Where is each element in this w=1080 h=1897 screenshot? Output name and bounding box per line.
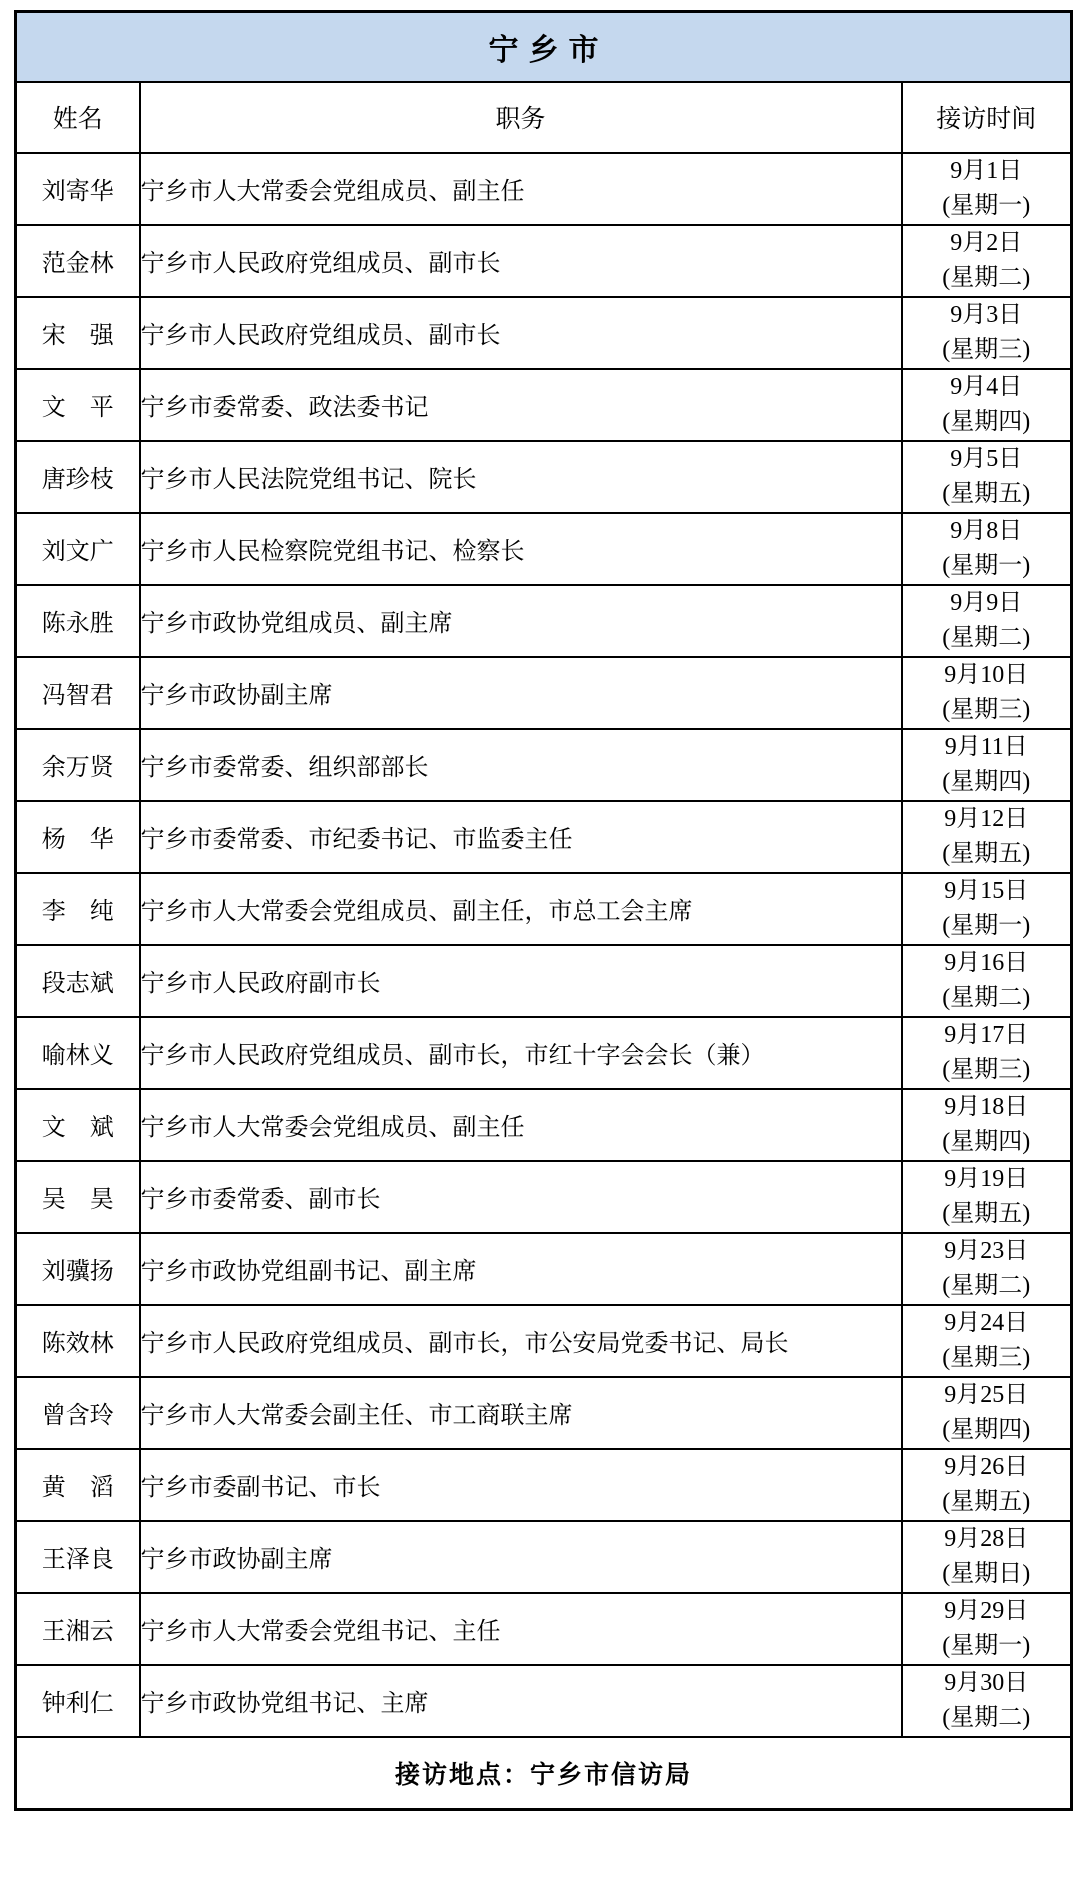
reception-date: 9月9日 <box>903 586 1071 621</box>
person-position: 宁乡市委常委、政法委书记 <box>140 369 902 441</box>
table-row: 文 平 宁乡市委常委、政法委书记 9月4日 (星期四) <box>16 369 1072 441</box>
table-row: 吴 昊 宁乡市委常委、副市长 9月19日 (星期五) <box>16 1161 1072 1233</box>
reception-weekday: (星期一) <box>903 909 1071 944</box>
reception-date: 9月11日 <box>903 730 1071 765</box>
person-name: 文 平 <box>16 369 140 441</box>
reception-weekday: (星期三) <box>903 1053 1071 1088</box>
person-name: 喻林义 <box>16 1017 140 1089</box>
reception-time: 9月3日 (星期三) <box>902 297 1072 369</box>
table-row: 陈效林 宁乡市人民政府党组成员、副市长，市公安局党委书记、局长 9月24日 (星… <box>16 1305 1072 1377</box>
table-row: 段志斌 宁乡市人民政府副市长 9月16日 (星期二) <box>16 945 1072 1017</box>
person-position: 宁乡市人民政府党组成员、副市长，市公安局党委书记、局长 <box>140 1305 902 1377</box>
reception-time: 9月15日 (星期一) <box>902 873 1072 945</box>
column-header-row: 姓名 职务 接访时间 <box>16 82 1072 153</box>
reception-date: 9月18日 <box>903 1090 1071 1125</box>
table-row: 宋 强 宁乡市人民政府党组成员、副市长 9月3日 (星期三) <box>16 297 1072 369</box>
reception-weekday: (星期三) <box>903 693 1071 728</box>
person-position: 宁乡市人民法院党组书记、院长 <box>140 441 902 513</box>
person-name: 陈效林 <box>16 1305 140 1377</box>
person-name: 曾含玲 <box>16 1377 140 1449</box>
reception-date: 9月5日 <box>903 442 1071 477</box>
table-row: 唐珍枝 宁乡市人民法院党组书记、院长 9月5日 (星期五) <box>16 441 1072 513</box>
reception-date: 9月23日 <box>903 1234 1071 1269</box>
reception-weekday: (星期二) <box>903 1701 1071 1736</box>
reception-time: 9月24日 (星期三) <box>902 1305 1072 1377</box>
table-row: 刘骥扬 宁乡市政协党组副书记、副主席 9月23日 (星期二) <box>16 1233 1072 1305</box>
person-name: 钟利仁 <box>16 1665 140 1737</box>
reception-weekday: (星期一) <box>903 1629 1071 1664</box>
person-position: 宁乡市政协党组书记、主席 <box>140 1665 902 1737</box>
reception-time: 9月5日 (星期五) <box>902 441 1072 513</box>
reception-date: 9月29日 <box>903 1594 1071 1629</box>
table-row: 文 斌 宁乡市人大常委会党组成员、副主任 9月18日 (星期四) <box>16 1089 1072 1161</box>
person-position: 宁乡市人大常委会副主任、市工商联主席 <box>140 1377 902 1449</box>
reception-date: 9月15日 <box>903 874 1071 909</box>
person-name: 黄 滔 <box>16 1449 140 1521</box>
table-row: 喻林义 宁乡市人民政府党组成员、副市长，市红十字会会长（兼） 9月17日 (星期… <box>16 1017 1072 1089</box>
reception-location: 接访地点：宁乡市信访局 <box>16 1737 1072 1810</box>
reception-time: 9月18日 (星期四) <box>902 1089 1072 1161</box>
person-position: 宁乡市人民政府副市长 <box>140 945 902 1017</box>
person-name: 宋 强 <box>16 297 140 369</box>
table-row: 李 纯 宁乡市人大常委会党组成员、副主任，市总工会主席 9月15日 (星期一) <box>16 873 1072 945</box>
person-position: 宁乡市政协党组成员、副主席 <box>140 585 902 657</box>
reception-time: 9月17日 (星期三) <box>902 1017 1072 1089</box>
reception-weekday: (星期一) <box>903 189 1071 224</box>
reception-date: 9月12日 <box>903 802 1071 837</box>
person-name: 王泽良 <box>16 1521 140 1593</box>
person-position: 宁乡市人大常委会党组成员、副主任 <box>140 1089 902 1161</box>
person-position: 宁乡市人民政府党组成员、副市长 <box>140 225 902 297</box>
reception-weekday: (星期四) <box>903 1413 1071 1448</box>
person-name: 吴 昊 <box>16 1161 140 1233</box>
person-position: 宁乡市政协党组副书记、副主席 <box>140 1233 902 1305</box>
person-name: 唐珍枝 <box>16 441 140 513</box>
person-name: 刘骥扬 <box>16 1233 140 1305</box>
reception-weekday: (星期四) <box>903 1125 1071 1160</box>
person-position: 宁乡市政协副主席 <box>140 1521 902 1593</box>
reception-date: 9月25日 <box>903 1378 1071 1413</box>
reception-date: 9月3日 <box>903 298 1071 333</box>
person-name: 冯智君 <box>16 657 140 729</box>
reception-time: 9月1日 (星期一) <box>902 153 1072 225</box>
table-row: 王泽良 宁乡市政协副主席 9月28日 (星期日) <box>16 1521 1072 1593</box>
table-row: 钟利仁 宁乡市政协党组书记、主席 9月30日 (星期二) <box>16 1665 1072 1737</box>
person-position: 宁乡市委常委、副市长 <box>140 1161 902 1233</box>
person-position: 宁乡市委副书记、市长 <box>140 1449 902 1521</box>
table-row: 刘寄华 宁乡市人大常委会党组成员、副主任 9月1日 (星期一) <box>16 153 1072 225</box>
reception-time: 9月25日 (星期四) <box>902 1377 1072 1449</box>
reception-weekday: (星期五) <box>903 1197 1071 1232</box>
table-row: 王湘云 宁乡市人大常委会党组书记、主任 9月29日 (星期一) <box>16 1593 1072 1665</box>
person-name: 段志斌 <box>16 945 140 1017</box>
reception-weekday: (星期二) <box>903 1269 1071 1304</box>
reception-date: 9月10日 <box>903 658 1071 693</box>
table-row: 杨 华 宁乡市委常委、市纪委书记、市监委主任 9月12日 (星期五) <box>16 801 1072 873</box>
footer-row: 接访地点：宁乡市信访局 <box>16 1737 1072 1810</box>
table-row: 刘文广 宁乡市人民检察院党组书记、检察长 9月8日 (星期一) <box>16 513 1072 585</box>
reception-date: 9月8日 <box>903 514 1071 549</box>
reception-time: 9月19日 (星期五) <box>902 1161 1072 1233</box>
person-name: 范金林 <box>16 225 140 297</box>
reception-time: 9月10日 (星期三) <box>902 657 1072 729</box>
person-position: 宁乡市人大常委会党组成员、副主任 <box>140 153 902 225</box>
reception-time: 9月8日 (星期一) <box>902 513 1072 585</box>
person-name: 刘寄华 <box>16 153 140 225</box>
reception-weekday: (星期三) <box>903 1341 1071 1376</box>
reception-date: 9月24日 <box>903 1306 1071 1341</box>
reception-date: 9月1日 <box>903 154 1071 189</box>
reception-weekday: (星期五) <box>903 477 1071 512</box>
reception-date: 9月19日 <box>903 1162 1071 1197</box>
person-name: 杨 华 <box>16 801 140 873</box>
reception-date: 9月4日 <box>903 370 1071 405</box>
table-row: 陈永胜 宁乡市政协党组成员、副主席 9月9日 (星期二) <box>16 585 1072 657</box>
city-title: 宁乡市 <box>16 12 1072 82</box>
reception-date: 9月2日 <box>903 226 1071 261</box>
reception-time: 9月12日 (星期五) <box>902 801 1072 873</box>
person-position: 宁乡市政协副主席 <box>140 657 902 729</box>
table-body: 刘寄华 宁乡市人大常委会党组成员、副主任 9月1日 (星期一) 范金林 宁乡市人… <box>16 153 1072 1737</box>
reception-weekday: (星期二) <box>903 261 1071 296</box>
person-name: 文 斌 <box>16 1089 140 1161</box>
person-position: 宁乡市人民政府党组成员、副市长，市红十字会会长（兼） <box>140 1017 902 1089</box>
reception-weekday: (星期五) <box>903 1485 1071 1520</box>
reception-date: 9月28日 <box>903 1522 1071 1557</box>
reception-time: 9月11日 (星期四) <box>902 729 1072 801</box>
table-row: 余万贤 宁乡市委常委、组织部部长 9月11日 (星期四) <box>16 729 1072 801</box>
reception-weekday: (星期五) <box>903 837 1071 872</box>
reception-date: 9月26日 <box>903 1450 1071 1485</box>
reception-time: 9月26日 (星期五) <box>902 1449 1072 1521</box>
reception-weekday: (星期四) <box>903 765 1071 800</box>
column-header-time: 接访时间 <box>902 82 1072 153</box>
reception-time: 9月9日 (星期二) <box>902 585 1072 657</box>
column-header-name: 姓名 <box>16 82 140 153</box>
reception-date: 9月17日 <box>903 1018 1071 1053</box>
person-position: 宁乡市人大常委会党组书记、主任 <box>140 1593 902 1665</box>
reception-weekday: (星期二) <box>903 621 1071 656</box>
reception-time: 9月4日 (星期四) <box>902 369 1072 441</box>
person-name: 王湘云 <box>16 1593 140 1665</box>
reception-time: 9月29日 (星期一) <box>902 1593 1072 1665</box>
reception-time: 9月28日 (星期日) <box>902 1521 1072 1593</box>
reception-weekday: (星期日) <box>903 1557 1071 1592</box>
column-header-position: 职务 <box>140 82 902 153</box>
reception-time: 9月16日 (星期二) <box>902 945 1072 1017</box>
reception-time: 9月23日 (星期二) <box>902 1233 1072 1305</box>
title-row: 宁乡市 <box>16 12 1072 82</box>
person-position: 宁乡市委常委、市纪委书记、市监委主任 <box>140 801 902 873</box>
reception-date: 9月30日 <box>903 1666 1071 1701</box>
reception-schedule-table: 宁乡市 姓名 职务 接访时间 刘寄华 宁乡市人大常委会党组成员、副主任 9月1日… <box>14 10 1073 1811</box>
person-position: 宁乡市人民检察院党组书记、检察长 <box>140 513 902 585</box>
person-name: 余万贤 <box>16 729 140 801</box>
person-position: 宁乡市人大常委会党组成员、副主任，市总工会主席 <box>140 873 902 945</box>
reception-time: 9月2日 (星期二) <box>902 225 1072 297</box>
table-row: 曾含玲 宁乡市人大常委会副主任、市工商联主席 9月25日 (星期四) <box>16 1377 1072 1449</box>
person-name: 陈永胜 <box>16 585 140 657</box>
reception-time: 9月30日 (星期二) <box>902 1665 1072 1737</box>
reception-weekday: (星期二) <box>903 981 1071 1016</box>
person-position: 宁乡市人民政府党组成员、副市长 <box>140 297 902 369</box>
table-row: 冯智君 宁乡市政协副主席 9月10日 (星期三) <box>16 657 1072 729</box>
reception-weekday: (星期三) <box>903 333 1071 368</box>
document-page: 宁乡市 姓名 职务 接访时间 刘寄华 宁乡市人大常委会党组成员、副主任 9月1日… <box>0 0 1080 1897</box>
person-name: 李 纯 <box>16 873 140 945</box>
reception-weekday: (星期四) <box>903 405 1071 440</box>
table-row: 黄 滔 宁乡市委副书记、市长 9月26日 (星期五) <box>16 1449 1072 1521</box>
person-position: 宁乡市委常委、组织部部长 <box>140 729 902 801</box>
reception-date: 9月16日 <box>903 946 1071 981</box>
table-row: 范金林 宁乡市人民政府党组成员、副市长 9月2日 (星期二) <box>16 225 1072 297</box>
person-name: 刘文广 <box>16 513 140 585</box>
reception-weekday: (星期一) <box>903 549 1071 584</box>
